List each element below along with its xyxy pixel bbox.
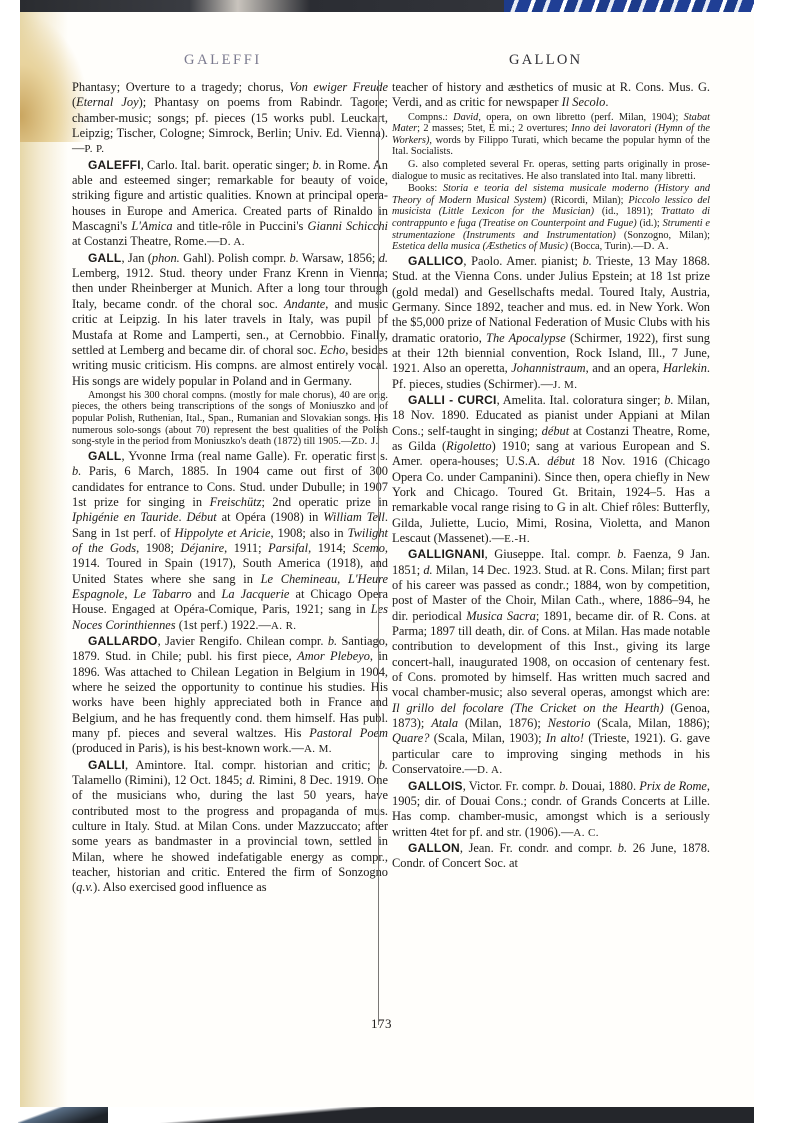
- italic-title: Prix de Rome: [639, 779, 707, 793]
- italic-title: Gianni Schicchi: [308, 219, 389, 233]
- dictionary-entry: GALLI, Amintore. Ital. compr. historian …: [72, 758, 388, 896]
- dictionary-entry: GALLOIS, Victor. Fr. compr. b. Douai, 18…: [392, 779, 710, 841]
- entry-text: , Carlo. Ital. barit. operatic singer;: [141, 158, 313, 172]
- entry-text: , 1914;: [308, 541, 352, 555]
- entry-text: Overture to a tragedy; chorus,: [126, 80, 290, 94]
- contributor-initials: A. M.: [304, 743, 332, 755]
- entry-text: .: [605, 95, 608, 109]
- entry-text: Rimini, 8 Dec. 1919. One of the musician…: [72, 773, 388, 894]
- italic-title: William Tell: [323, 510, 385, 524]
- italic-title: b.: [312, 158, 321, 172]
- italic-title: Eternal Joy: [76, 95, 138, 109]
- italic-title: b.: [72, 464, 81, 478]
- entry-text: at Opéra (1908) in: [217, 510, 324, 524]
- entry-headword: GALL: [88, 251, 121, 265]
- entry-headword: GALEFFI: [88, 158, 141, 172]
- entry-text: Amongst his 300 choral compns. (mostly f…: [72, 390, 388, 447]
- italic-title: début: [547, 454, 575, 468]
- italic-title: Nestorio: [548, 716, 591, 730]
- entry-continuation: teacher of history and æsthetics of musi…: [392, 80, 710, 111]
- italic-title: début: [542, 424, 570, 438]
- italic-title: In alto!: [546, 731, 584, 745]
- dictionary-entry: GALLARDO, Javier Rengifo. Chilean compr.…: [72, 634, 388, 758]
- italic-title: Musica Sacra: [466, 609, 536, 623]
- dictionary-entry: GALL, Jan (phon. Gahl). Polish compr. b.…: [72, 251, 388, 389]
- italic-title: Le Tabarro: [133, 587, 191, 601]
- entry-headword: GALLOIS: [408, 779, 463, 793]
- entry-text: (produced in Paris), is his best-known w…: [72, 741, 304, 755]
- entry-text: , Javier Rengifo. Chilean compr.: [158, 634, 328, 648]
- photo-background-bottom-accent: [18, 1107, 108, 1123]
- left-column: Phantasy; Overture to a tragedy; chorus,…: [72, 80, 388, 896]
- italic-title: Johannistraum: [511, 361, 585, 375]
- contributor-initials: E.-H.: [504, 533, 530, 545]
- italic-title: b.: [379, 758, 388, 772]
- entry-text: Gahl). Polish compr.: [180, 251, 290, 265]
- contributor-initials: D. A.: [477, 764, 503, 776]
- italic-title: Atala: [431, 716, 458, 730]
- entry-text: ,: [337, 572, 348, 586]
- photo-background-bottom: [18, 1107, 754, 1123]
- italic-title: Harlekin: [663, 361, 707, 375]
- contributor-initials: P. P.: [84, 143, 104, 155]
- column-divider: [378, 80, 379, 1025]
- running-head-right: GALLON: [509, 52, 582, 69]
- italic-title: b.: [617, 547, 626, 561]
- italic-title: Début: [186, 510, 216, 524]
- italic-title: b.: [618, 841, 627, 855]
- entry-text: , Victor. Fr. compr.: [463, 779, 559, 793]
- entry-text: and: [192, 587, 222, 601]
- page-number: 173: [371, 1016, 392, 1032]
- entry-text: , words by Filippo Turati, which became …: [392, 135, 710, 158]
- italic-title: Il grillo del focolare (The Cricket on t…: [392, 701, 664, 715]
- entry-text: , Amelita. Ital. coloratura singer;: [497, 393, 665, 407]
- entry-text: G. also completed several Fr. operas, se…: [392, 159, 710, 182]
- entry-headword: GALLON: [408, 841, 460, 855]
- entry-text: , opera, on own libretto (perf. Milan, 1…: [478, 112, 683, 123]
- italic-title: d.: [379, 251, 388, 265]
- italic-title: Parsifal: [268, 541, 308, 555]
- italic-title: Il Secolo: [562, 95, 606, 109]
- dictionary-entry: GALLON, Jean. Fr. condr. and compr. b. 2…: [392, 841, 710, 872]
- italic-title: Estetica della musica (Æsthetics of Musi…: [392, 241, 568, 252]
- entry-note: Compns.: David, opera, on own libretto (…: [392, 112, 710, 158]
- italic-title: Amor Plebeyo: [297, 649, 370, 663]
- entry-text: at Costanzi Theatre, Rome.—: [72, 234, 219, 248]
- italic-title: L'Amica: [131, 219, 172, 233]
- italic-title: Rigoletto: [446, 439, 491, 453]
- italic-title: Andante: [284, 297, 325, 311]
- italic-title: Freischütz: [210, 495, 262, 509]
- entry-text: Books:: [408, 183, 443, 194]
- entry-text: (Bocca, Turin).—: [568, 241, 644, 252]
- contributor-initials: D. A.: [219, 236, 245, 248]
- italic-title: d.: [423, 563, 432, 577]
- italic-title: Quare?: [392, 731, 429, 745]
- entry-text: (Scala, Milan, 1903);: [429, 731, 546, 745]
- entry-text: (1st perf.) 1922.—: [176, 618, 271, 632]
- contributor-initials: D. A.: [643, 240, 669, 252]
- entry-text: Talamello (Rimini), 12 Oct. 1845;: [72, 773, 246, 787]
- entry-continuation: Phantasy; Overture to a tragedy; chorus,…: [72, 80, 388, 158]
- dictionary-entry: GALLIGNANI, Giuseppe. Ital. compr. b. Fa…: [392, 547, 710, 778]
- entry-text: , Yvonne Irma (real name Galle). Fr. ope…: [121, 449, 388, 463]
- italic-title: La Jacquerie: [221, 587, 289, 601]
- contributor-initials: Zd. J.: [351, 435, 378, 447]
- entry-text: , 1908;: [136, 541, 180, 555]
- italic-title: Hippolyte et Aricie: [175, 526, 271, 540]
- contributor-initials: A. R.: [271, 620, 297, 632]
- entry-text: (Milan, 1876);: [458, 716, 548, 730]
- entry-text: teacher of history and æsthetics of musi…: [392, 80, 710, 109]
- italic-title: q.v.: [76, 880, 93, 894]
- entry-text: ). Also exercised good influence as: [93, 880, 266, 894]
- dictionary-entry: GALEFFI, Carlo. Ital. barit. operatic si…: [72, 158, 388, 251]
- italic-title: b.: [583, 254, 592, 268]
- italic-title: The Apocalypse: [486, 331, 566, 345]
- entry-text: , 1911;: [224, 541, 268, 555]
- entry-text: (Sonzogno, Milan);: [616, 230, 710, 241]
- italic-title: Iphigénie en Tauride: [72, 510, 178, 524]
- entry-headword: GALLIGNANI: [408, 547, 485, 561]
- entry-text: , Paolo. Amer. pianist;: [463, 254, 582, 268]
- running-head-left: GALEFFI: [184, 52, 262, 69]
- photo-background-top: [20, 0, 504, 12]
- contributor-initials: J. M.: [553, 379, 577, 391]
- entry-text: (id., 1891);: [594, 206, 661, 217]
- dictionary-entry: GALLI - CURCI, Amelita. Ital. coloratura…: [392, 393, 710, 547]
- page-gutter-shadow: [20, 12, 68, 1107]
- entry-text: Compns.:: [408, 112, 453, 123]
- entry-text: (id.);: [637, 218, 663, 229]
- dictionary-entry: GALLICO, Paolo. Amer. pianist; b. Triest…: [392, 254, 710, 393]
- italic-title: phon.: [152, 251, 180, 265]
- entry-note: Books: Storia e teoria del sistema music…: [392, 183, 710, 253]
- entry-text: ; 2nd operatic prize in: [261, 495, 388, 509]
- italic-title: Le Chemineau: [261, 572, 338, 586]
- entry-headword: GALLI - CURCI: [408, 393, 497, 407]
- italic-title: Pastoral Poem: [309, 726, 388, 740]
- entry-text: Douai, 1880.: [568, 779, 639, 793]
- entry-text: (Scala, Milan, 1886);: [590, 716, 710, 730]
- entry-headword: GALLICO: [408, 254, 463, 268]
- entry-text: , Giuseppe. Ital. compr.: [485, 547, 618, 561]
- entry-headword: GALLARDO: [88, 634, 158, 648]
- right-column: teacher of history and æsthetics of musi…: [392, 80, 710, 872]
- entry-text: , and an opera,: [586, 361, 663, 375]
- italic-title: Scemo: [353, 541, 385, 555]
- italic-title: Von ewiger Freude: [289, 80, 388, 94]
- italic-title: David: [453, 112, 478, 123]
- photo-background-fabric: [504, 0, 754, 12]
- contributor-initials: A. C.: [573, 827, 599, 839]
- italic-title: b.: [290, 251, 299, 265]
- italic-title: b.: [328, 634, 337, 648]
- italic-title: b.: [664, 393, 673, 407]
- italic-title: Echo: [320, 343, 345, 357]
- italic-title: Déjanire: [181, 541, 225, 555]
- entry-headword: GALL: [88, 449, 121, 463]
- entry-text: (Ricordi, Milan);: [546, 195, 628, 206]
- entry-note: Amongst his 300 choral compns. (mostly f…: [72, 390, 388, 448]
- entry-text: ; 2 masses; 5tet, E mi.; 2 overtures;: [417, 123, 571, 134]
- entry-text: , 1908; also in: [270, 526, 347, 540]
- entry-note: G. also completed several Fr. operas, se…: [392, 159, 710, 182]
- entry-text: Phantasy;: [72, 80, 126, 94]
- entry-text: Warsaw, 1856;: [299, 251, 379, 265]
- entry-text: , Amintore. Ital. compr. historian and c…: [125, 758, 379, 772]
- italic-title: d.: [246, 773, 255, 787]
- entry-text: , Jean. Fr. condr. and compr.: [460, 841, 618, 855]
- entry-text: , Jan (: [121, 251, 151, 265]
- dictionary-entry: GALL, Yvonne Irma (real name Galle). Fr.…: [72, 449, 388, 634]
- entry-text: and title-rôle in Puccini's: [173, 219, 308, 233]
- entry-headword: GALLI: [88, 758, 125, 772]
